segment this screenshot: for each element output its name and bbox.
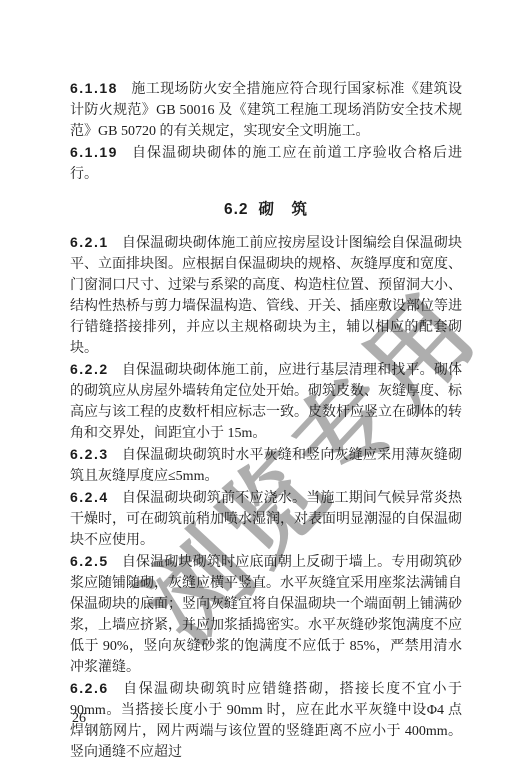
clause-text: 自保温砌块砌筑时水平灰缝和竖向灰缝应采用薄灰缝砌筑且灰缝厚度应≤5mm。	[70, 448, 462, 484]
clause-number: 6.1.19	[70, 144, 118, 160]
clause-number: 6.2.1	[70, 234, 109, 250]
page-body: 6.1.18施工现场防火安全措施应符合现行国家标准《建筑设计防火规范》GB 50…	[0, 0, 529, 763]
clause-number: 6.1.18	[70, 80, 118, 96]
document-page: 浏览专用 6.1.18施工现场防火安全措施应符合现行国家标准《建筑设计防火规范》…	[0, 0, 529, 767]
clause-paragraph: 6.2.3自保温砌块砌筑时水平灰缝和竖向灰缝应采用薄灰缝砌筑且灰缝厚度应≤5mm…	[70, 444, 462, 487]
section-heading-number: 6.2	[224, 201, 249, 218]
clause-text: 自保温砌块砌体施工前，应进行基层清理和找平。砌体的砌筑应从房屋外墙转角定位处开始…	[70, 363, 462, 441]
page-number: 26	[72, 710, 86, 728]
clause-paragraph: 6.2.6自保温砌块砌筑时应错缝搭砌，搭接长度不宜小于 90mm。当搭接长度小于…	[70, 678, 462, 763]
clause-paragraph: 6.2.2自保温砌块砌体施工前，应进行基层清理和找平。砌体的砌筑应从房屋外墙转角…	[70, 359, 462, 444]
clause-text: 自保温砌块砌体的施工应在前道工序验收合格后进行。	[70, 146, 462, 182]
section-heading-title: 砌 筑	[259, 201, 309, 218]
clause-paragraph: 6.1.19自保温砌块砌体的施工应在前道工序验收合格后进行。	[70, 142, 462, 185]
clause-paragraph: 6.2.4自保温砌块砌筑前不应浇水。当施工期间气候异常炎热干燥时，可在砌筑前稍加…	[70, 487, 462, 551]
clause-text: 施工现场防火安全措施应符合现行国家标准《建筑设计防火规范》GB 50016 及《…	[70, 82, 462, 139]
clause-number: 6.2.6	[70, 680, 109, 696]
clause-number: 6.2.5	[70, 553, 109, 569]
clause-number: 6.2.4	[70, 489, 109, 505]
clause-paragraph: 6.2.5自保温砌块砌筑时应底面朝上反砌于墙上。专用砌筑砂浆应随铺随砌，灰缝应横…	[70, 551, 462, 678]
clause-number: 6.2.3	[70, 446, 109, 462]
clause-text: 自保温砌块砌筑前不应浇水。当施工期间气候异常炎热干燥时，可在砌筑前稍加喷水湿润，…	[70, 491, 462, 548]
clause-paragraph: 6.2.1自保温砌块砌体施工前应按房屋设计图编绘自保温砌块平、立面排块图。应根据…	[70, 232, 462, 359]
clause-text: 自保温砌块砌筑时应底面朝上反砌于墙上。专用砌筑砂浆应随铺随砌，灰缝应横平竖直。水…	[70, 555, 462, 675]
section-heading: 6.2砌 筑	[70, 199, 462, 220]
clause-text: 自保温砌块砌筑时应错缝搭砌，搭接长度不宜小于 90mm。当搭接长度小于 90mm…	[70, 682, 462, 760]
clause-number: 6.2.2	[70, 361, 109, 377]
clause-text: 自保温砌块砌体施工前应按房屋设计图编绘自保温砌块平、立面排块图。应根据自保温砌块…	[70, 236, 462, 356]
clause-paragraph: 6.1.18施工现场防火安全措施应符合现行国家标准《建筑设计防火规范》GB 50…	[70, 78, 462, 142]
